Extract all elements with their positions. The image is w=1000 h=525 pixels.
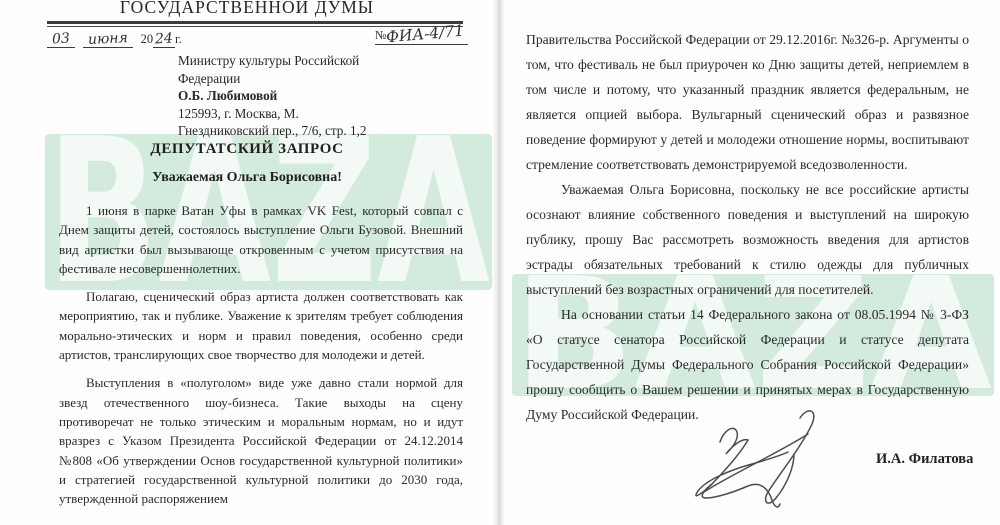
paragraph-2: Полагаю, сценический образ артиста долже… (59, 287, 463, 364)
body-text-left: 1 июня в парке Ватан Уфы в рамках VK Fes… (59, 201, 463, 517)
recipient-name: О.Б. Любимовой (178, 88, 277, 103)
page-right: BAZA Правительства Российской Федерации … (504, 0, 1000, 525)
number-handwritten: ФИА-4/71 (386, 22, 465, 47)
scanned-document: BAZA ГОСУДАРСТВЕННОЙ ДУМЫ 03июня2024г. №… (0, 0, 1000, 525)
date-month-blank: июня (83, 31, 133, 48)
signee-name: И.А. Филатова (876, 451, 973, 468)
date-year-blank: 24 (153, 31, 175, 48)
date-suffix: г. (175, 32, 182, 46)
paragraph-3: Выступления в «полуголом» виде уже давно… (59, 373, 463, 508)
page-left: BAZA ГОСУДАРСТВЕННОЙ ДУМЫ 03июня2024г. №… (0, 0, 494, 525)
paragraph-5: Уважаемая Ольга Борисовна, поскольку не … (526, 177, 969, 302)
date-century: 20 (141, 32, 154, 46)
date-year-handwritten: 24 (155, 31, 174, 48)
body-text-right: Правительства Российской Федерации от 29… (526, 27, 969, 427)
paragraph-1: 1 июня в парке Ватан Уфы в рамках VK Fes… (59, 201, 463, 278)
recipient-block: Министру культуры Российской Федерации О… (178, 52, 392, 140)
date-day-blank: 03 (47, 31, 75, 48)
document-number: №ФИА-4/71 (375, 25, 468, 45)
paragraph-4: Правительства Российской Федерации от 29… (526, 27, 969, 177)
date-day-handwritten: 03 (52, 31, 71, 48)
letterhead-title: ГОСУДАРСТВЕННОЙ ДУМЫ (0, 0, 494, 18)
recipient-position: Министру культуры Российской Федерации (178, 53, 359, 86)
request-title: ДЕПУТАТСКИЙ ЗАПРОС (0, 141, 494, 158)
date-line: 03июня2024г. (47, 31, 182, 48)
date-month-handwritten: июня (87, 30, 128, 48)
salutation: Уважаемая Ольга Борисовна! (0, 170, 494, 186)
recipient-address: 125993, г. Москва, М. Гнездниковский пер… (178, 106, 366, 139)
signature-scribble (682, 396, 832, 518)
